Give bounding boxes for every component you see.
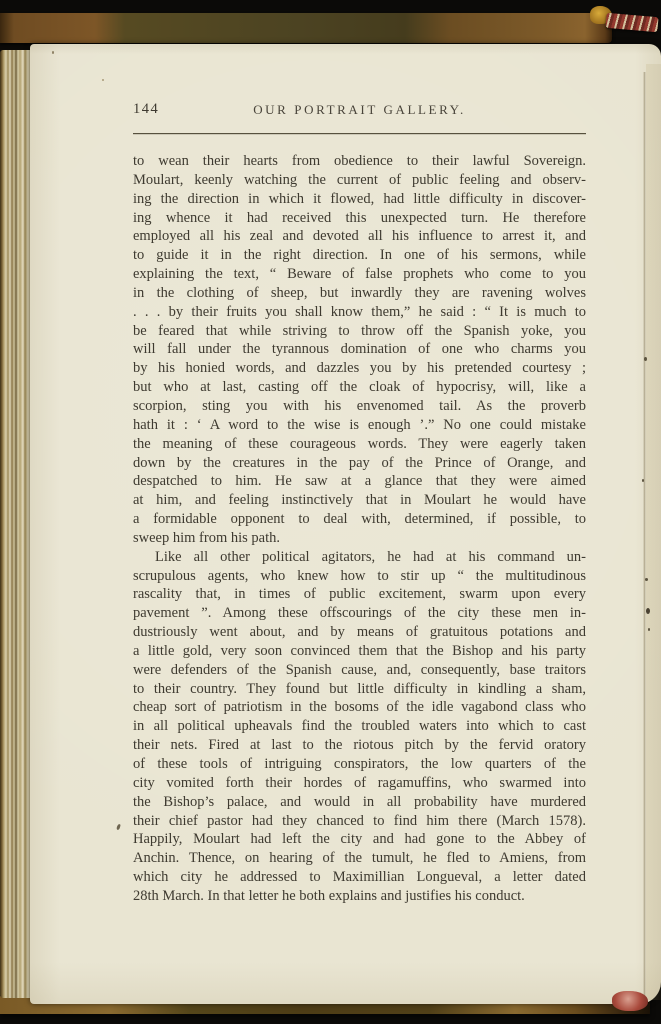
page-fore-edges-stack xyxy=(0,50,34,998)
text-line: the meaning of these courageous words. T… xyxy=(133,435,586,454)
text-line: by his honied words, and dazzles you by … xyxy=(133,359,586,378)
paper-speck xyxy=(644,357,647,361)
text-line: . . . by their fruits you shall know the… xyxy=(133,303,586,322)
text-line: pavement ”. Among these offscourings of … xyxy=(133,604,586,623)
text-line: the Bishop’s palace, and would in all pr… xyxy=(133,793,586,812)
text-line: to wean their hearts from obedience to t… xyxy=(133,152,586,171)
paragraph-2: Like all other political agitators, he h… xyxy=(133,548,586,906)
text-line: down by the creatures in the pay of the … xyxy=(133,454,586,473)
text-line: of these tools of intriguing conspirator… xyxy=(133,755,586,774)
book-top-cover-edge xyxy=(0,13,612,43)
text-line: 28th March. In that letter he both expla… xyxy=(133,887,586,906)
text-line: in the clothing of sheep, but inwardly t… xyxy=(133,284,586,303)
text-line: a formidable opponent to deal with, dete… xyxy=(133,510,586,529)
text-line: Happily, Moulart had left the city and h… xyxy=(133,830,586,849)
text-line: sweep him from his path. xyxy=(133,529,586,548)
text-line: be feared that while striving to throw o… xyxy=(133,322,586,341)
paper-speck xyxy=(648,628,650,631)
page-crease-shading xyxy=(646,64,661,1000)
paper-speck xyxy=(642,479,644,482)
text-line: which city he addressed to Maximillian L… xyxy=(133,868,586,887)
paper-speck xyxy=(102,79,104,81)
text-line: at him, and feeling instinctively that i… xyxy=(133,491,586,510)
text-line: employed all his zeal and devoted all hi… xyxy=(133,227,586,246)
text-line: will fall under the tyrannous domination… xyxy=(133,340,586,359)
text-line: scorpion, sting you with his envenomed t… xyxy=(133,397,586,416)
book-photo: 144 OUR PORTRAIT GALLERY. to wean their … xyxy=(0,0,661,1024)
text-line: Moulart, keenly watching the current of … xyxy=(133,171,586,190)
text-line: scrupulous agents, who knew how to stir … xyxy=(133,567,586,586)
text-line: explaining the text, “ Beware of false p… xyxy=(133,265,586,284)
headband-top xyxy=(605,13,658,32)
text-line: Like all other political agitators, he h… xyxy=(133,548,586,567)
text-line: despatched to him. He saw at a glance th… xyxy=(133,472,586,491)
text-line: cheap sort of patriotism in the bosoms o… xyxy=(133,698,586,717)
text-line: their nets. Fired at last to the riotous… xyxy=(133,736,586,755)
text-line: city vomited forth their hordes of ragam… xyxy=(133,774,586,793)
paper-speck xyxy=(646,608,650,614)
text-line: dustriously went about, and by means of … xyxy=(133,623,586,642)
text-line: a little gold, very soon convinced them … xyxy=(133,642,586,661)
paragraph-1: to wean their hearts from obedience to t… xyxy=(133,152,586,548)
text-line: rascality that, in times of public excit… xyxy=(133,585,586,604)
text-line: to guide it in the right direction. In o… xyxy=(133,246,586,265)
tailband-bottom xyxy=(612,991,648,1011)
text-line: hath it : ‘ A word to the wise is enough… xyxy=(133,416,586,435)
text-line: ing the direction in which it flowed, ha… xyxy=(133,190,586,209)
text-line: ing whence it had received this unexpect… xyxy=(133,209,586,228)
text-line: their chief pastor had they chanced to f… xyxy=(133,812,586,831)
header-rule xyxy=(133,133,586,134)
paper-speck xyxy=(645,578,648,581)
text-line: to their country. They found but little … xyxy=(133,680,586,699)
running-title: OUR PORTRAIT GALLERY. xyxy=(133,102,586,118)
text-line: were defenders of the Spanish cause, and… xyxy=(133,661,586,680)
text-line: Anchin. Thence, on hearing of the tumult… xyxy=(133,849,586,868)
book-page: 144 OUR PORTRAIT GALLERY. to wean their … xyxy=(30,44,661,1004)
paper-speck xyxy=(52,51,54,54)
text-line: but who at last, casting off the cloak o… xyxy=(133,378,586,397)
text-line: in all political upheavals find the trou… xyxy=(133,717,586,736)
page-text: to wean their hearts from obedience to t… xyxy=(133,152,586,906)
